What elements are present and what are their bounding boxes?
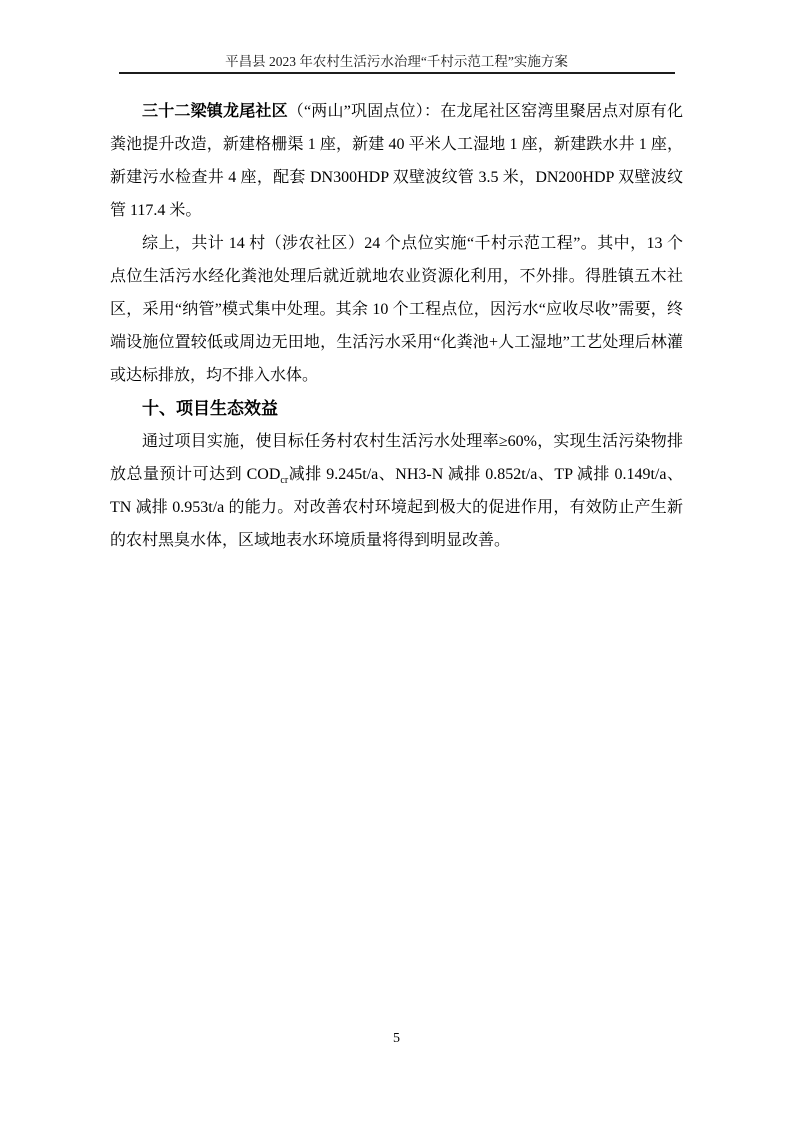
text-segment: （“两山”巩固点位）：在龙尾社区窑湾里聚居点对原有化粪池提升改造，新建格栅渠 1… (110, 103, 683, 219)
paragraph: 通过项目实施，使目标任务村农村生活污水处理率≥60%，实现生活污染物排放总量预计… (110, 425, 683, 557)
page-header: 平昌县 2023 年农村生活污水治理“千村示范工程”实施方案 (0, 54, 793, 70)
section-heading: 十、项目生态效益 (110, 392, 683, 425)
header-title: 平昌县 2023 年农村生活污水治理“千村示范工程”实施方案 (225, 54, 568, 69)
text-segment: 十、项目生态效益 (142, 399, 278, 418)
page-number: 5 (393, 1031, 400, 1046)
paragraph: 三十二梁镇龙尾社区（“两山”巩固点位）：在龙尾社区窑湾里聚居点对原有化粪池提升改… (110, 95, 683, 227)
header-rule (119, 72, 675, 74)
paragraph: 综上，共计 14 村（涉农社区）24 个点位实施“千村示范工程”。其中，13 个… (110, 227, 683, 392)
document-page: 平昌县 2023 年农村生活污水治理“千村示范工程”实施方案 三十二梁镇龙尾社区… (0, 0, 793, 1122)
text-segment: 综上，共计 14 村（涉农社区）24 个点位实施“千村示范工程”。其中，13 个… (110, 235, 683, 384)
text-segment: 三十二梁镇龙尾社区 (142, 103, 288, 120)
document-body: 三十二梁镇龙尾社区（“两山”巩固点位）：在龙尾社区窑湾里聚居点对原有化粪池提升改… (110, 95, 683, 557)
page-footer: 5 (0, 1030, 793, 1048)
